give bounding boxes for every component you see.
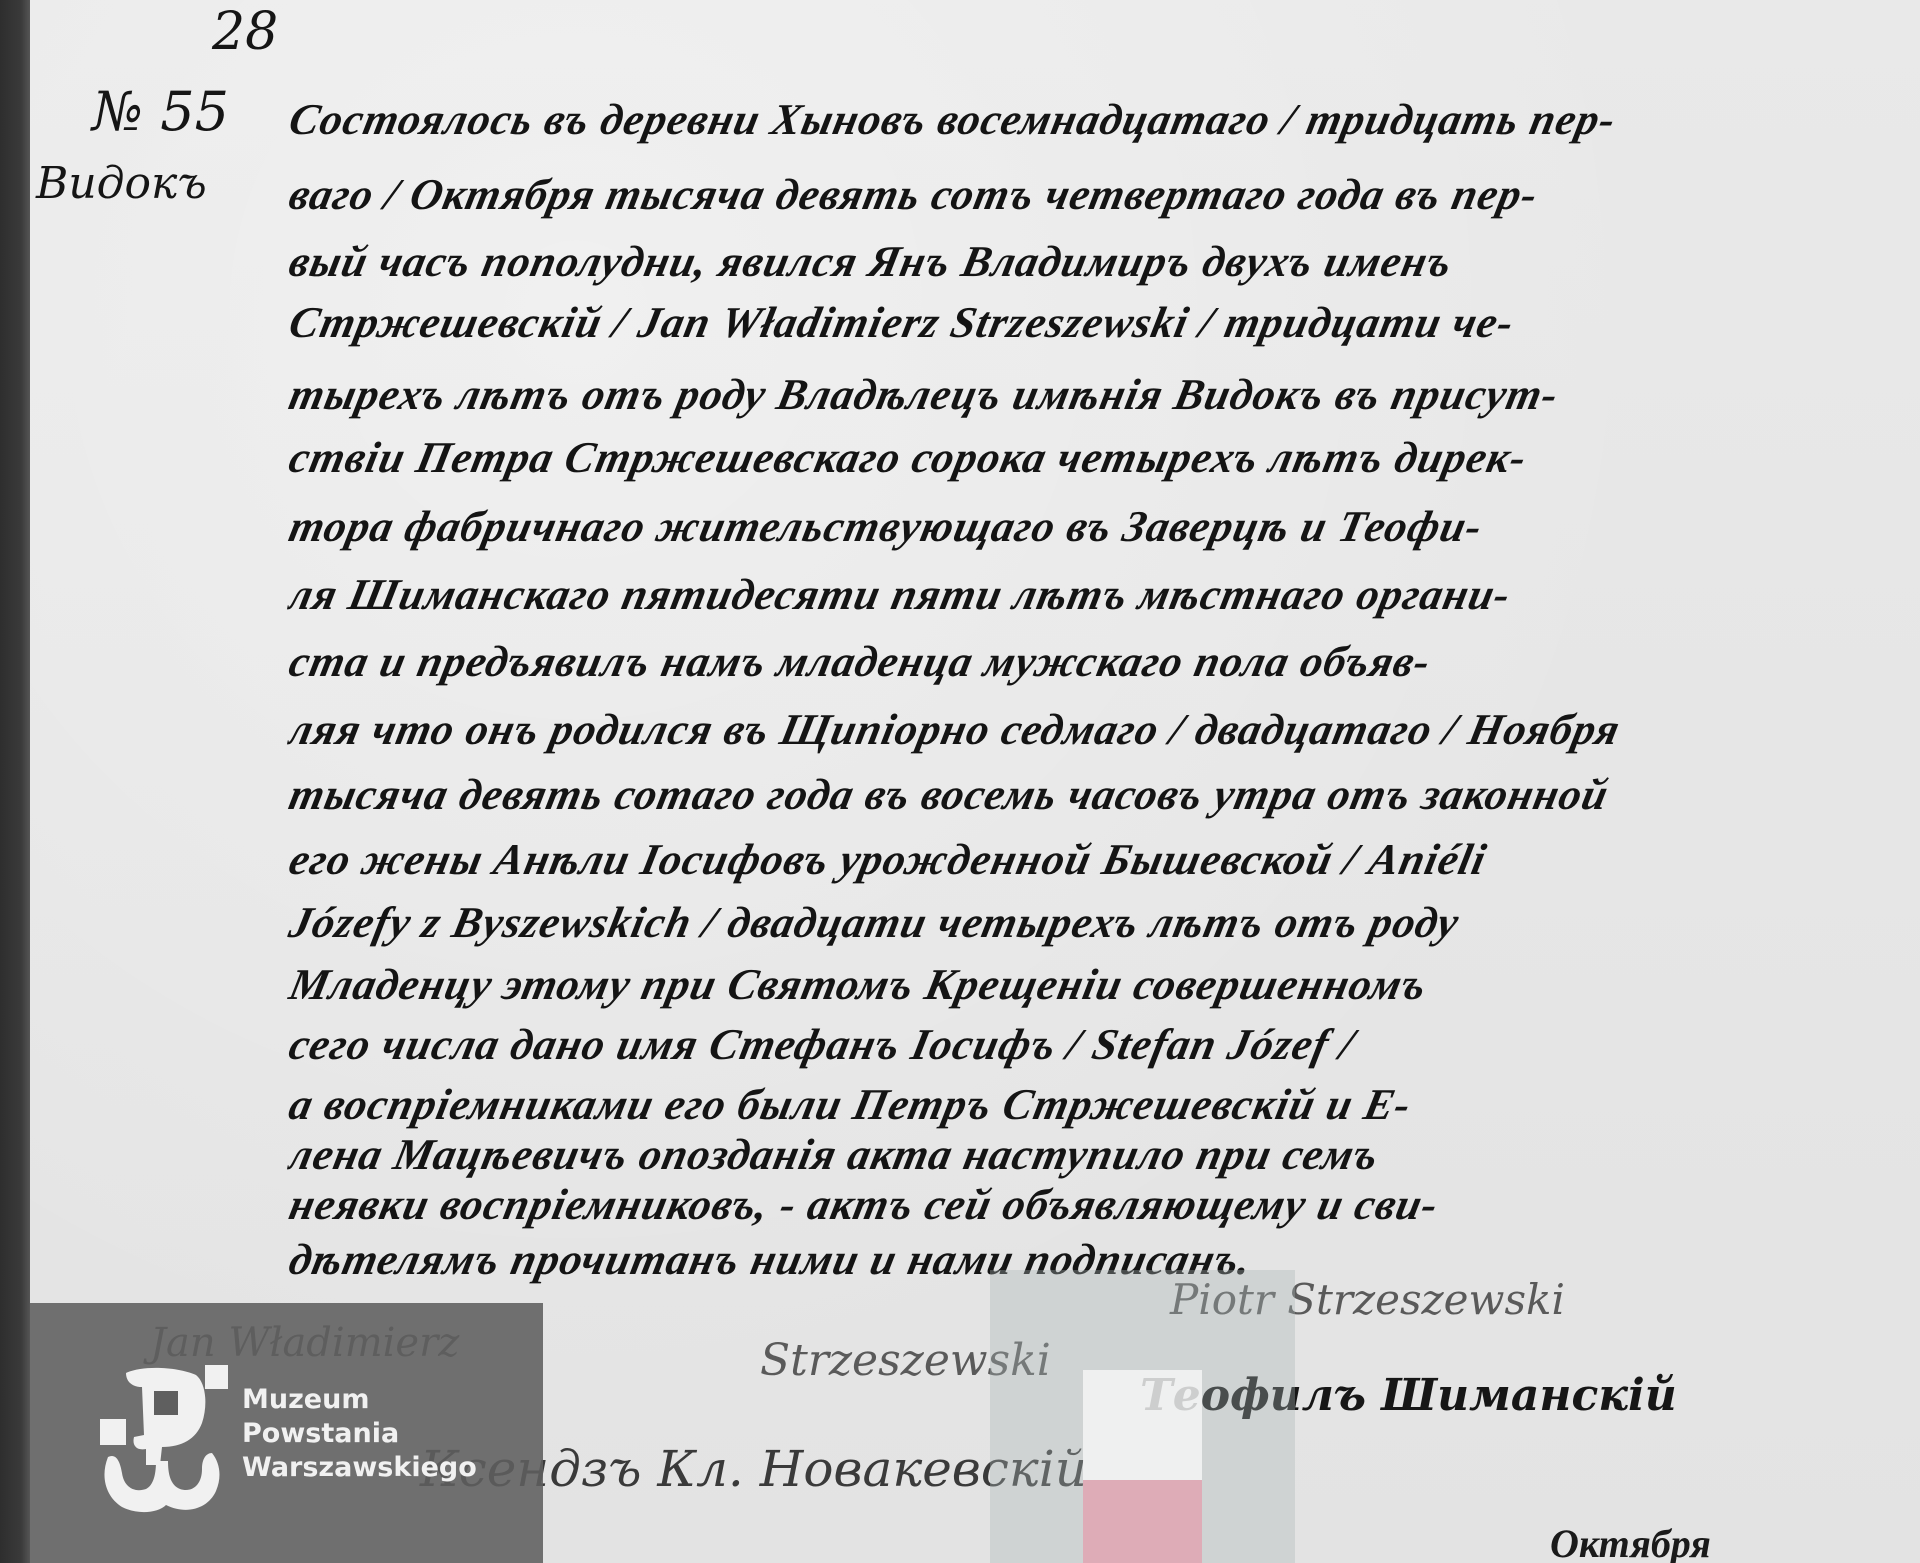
- body-line: его жены Анѣли Іосифовъ урожденной Бышев…: [284, 830, 1907, 890]
- body-line: ля Шиманскаго пятидесяти пяти лѣтъ мѣстн…: [284, 565, 1907, 625]
- entry-number: № 55: [92, 80, 229, 143]
- body-line: неявки воспріемниковъ, - актъ сей объявл…: [284, 1175, 1907, 1235]
- museum-name-line: Warszawskiego: [242, 1451, 477, 1485]
- scanned-document-page: 28 № 55 Видокъ Состоялось въ деревни Хын…: [0, 0, 1920, 1563]
- page-number: 28: [212, 2, 278, 62]
- entry-place: Видокъ: [36, 158, 207, 209]
- body-line: Состоялось въ деревни Хыновъ восемнадцат…: [284, 90, 1907, 150]
- watermark-white-block: [1083, 1370, 1202, 1480]
- watermark-pink-block: [1083, 1480, 1202, 1563]
- museum-name-line: Muzeum: [242, 1383, 477, 1417]
- body-line: тырехъ лѣтъ отъ роду Владѣлецъ имѣнія Ви…: [284, 365, 1907, 425]
- body-line: Младенцу этому при Святомъ Крещеніи сове…: [284, 955, 1907, 1015]
- museum-watermark-logo: Muzeum Powstania Warszawskiego: [30, 1303, 543, 1563]
- body-line: ваго / Октября тысяча девять сотъ четвер…: [284, 165, 1907, 225]
- body-line: Стржешевскій / Jan Władimierz Strzeszews…: [284, 293, 1907, 353]
- binding-edge: [0, 0, 30, 1563]
- kotwica-anchor-icon: [98, 1365, 228, 1515]
- body-line: вый часъ пополудни, явился Янъ Владимиръ…: [284, 232, 1907, 292]
- body-line: тора фабричнаго жительствующаго въ Завер…: [284, 497, 1907, 557]
- next-entry-fragment: Октября: [1550, 1520, 1711, 1563]
- body-line: Józefy z Byszewskich / двадцати четырехъ…: [284, 893, 1907, 953]
- body-line: ста и предъявилъ намъ младенца мужскаго …: [284, 632, 1907, 692]
- body-line: ствіи Петра Стржешевскаго сорока четырех…: [284, 428, 1907, 488]
- museum-name: Muzeum Powstania Warszawskiego: [242, 1383, 477, 1485]
- body-line: ляя что онъ родился въ Щипіорно седмаго …: [284, 700, 1907, 760]
- body-line: тысяча девять сотаго года въ восемь часо…: [284, 765, 1907, 825]
- body-line: сего числа дано имя Стефанъ Іосифъ / Ste…: [284, 1015, 1907, 1075]
- museum-name-line: Powstania: [242, 1417, 477, 1451]
